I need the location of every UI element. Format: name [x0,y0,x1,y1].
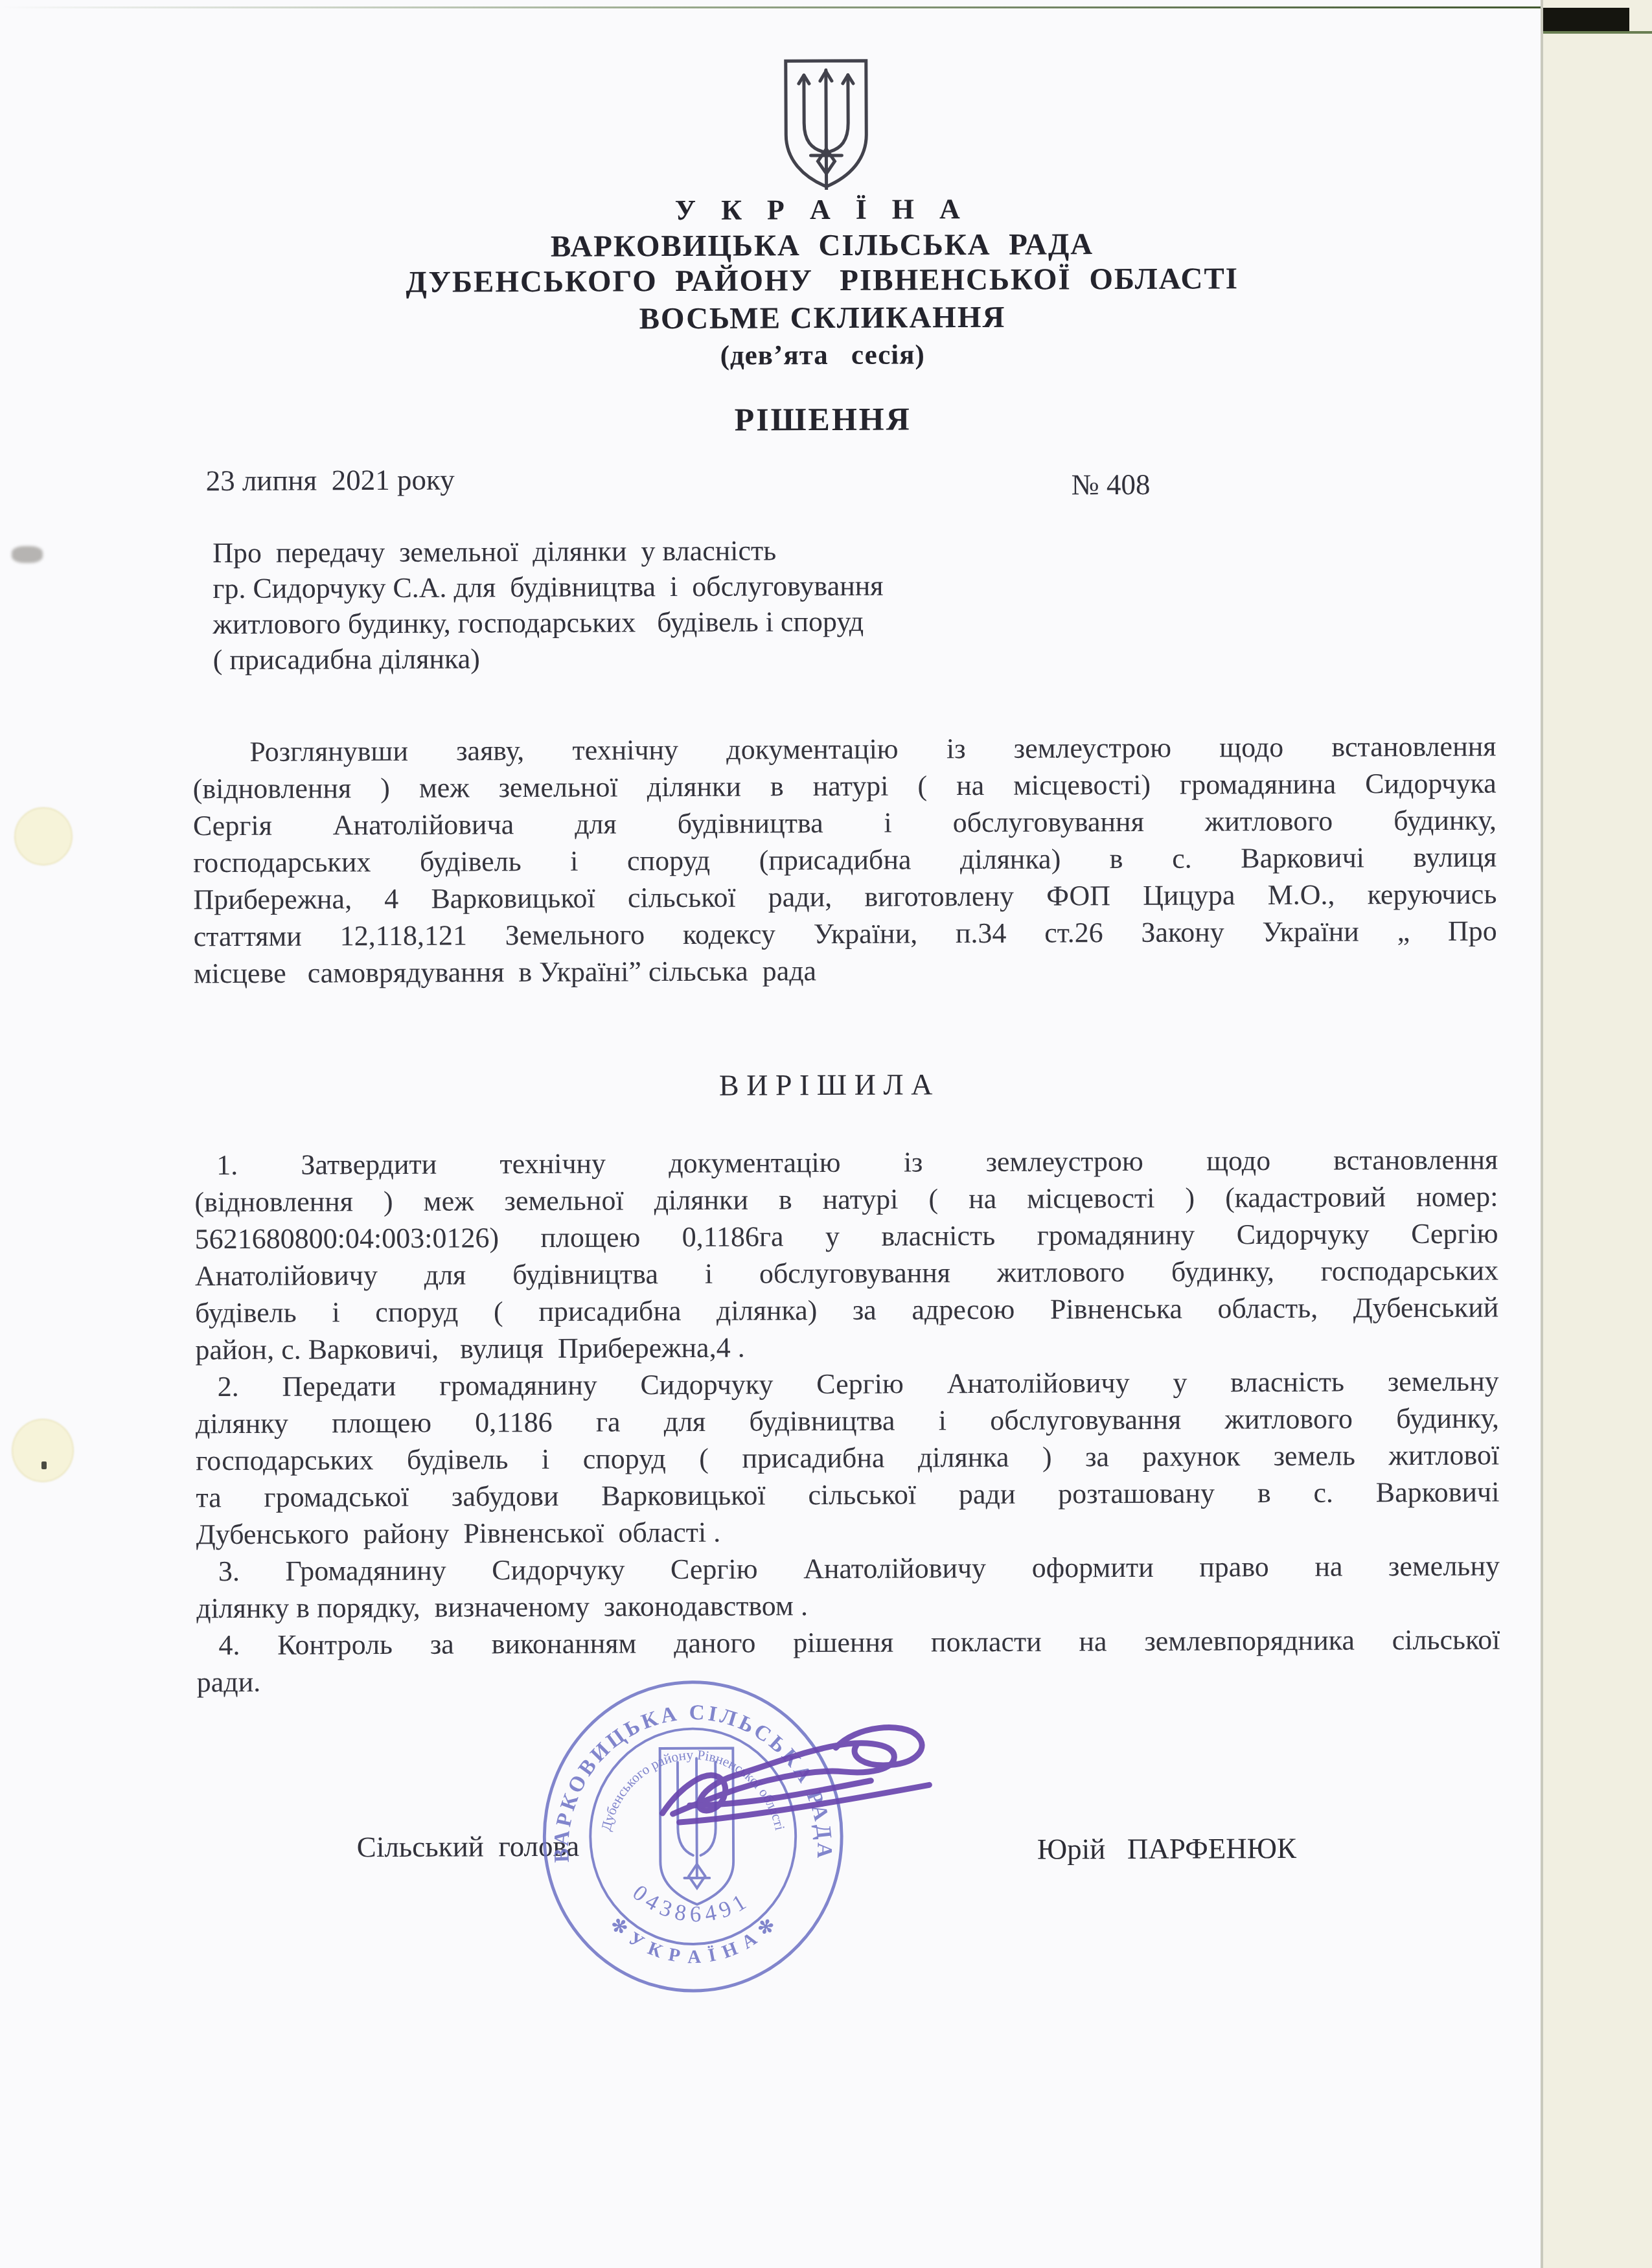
header-district: ДУБЕНСЬКОГО РАЙОНУ РІВНЕНСЬКОЇ ОБЛАСТІ [0,259,1648,301]
item-line: господарських будівель і споруд ( присад… [196,1436,1499,1479]
signature-person-name: Юрій ПАРФЕНЮК [1037,1831,1296,1866]
trident-coat-of-arms-icon [781,57,872,190]
item-line: 3. Громадянину Сидорчуку Сергію Анатолій… [196,1547,1500,1590]
item-line: 1. Затвердити технічну документацію із з… [194,1141,1498,1184]
item-line: 5621680800:04:003:0126) площею 0,1186га … [195,1215,1498,1257]
header-country: У К Р А Ї Н А [0,189,1648,229]
header-convocation: ВОСЬМЕ СКЛИКАННЯ [0,297,1649,339]
subject-line: житлового будинку, господарських будівел… [212,604,883,643]
item-line: Дубенського району Рівненської області . [196,1510,1500,1553]
subject-line: ( присадибна ділянка) [213,639,884,678]
document-content: У К Р А Ї Н А ВАРКОВИЦЬКА СІЛЬСЬКА РАДА … [0,0,1652,2268]
item-line: район, с. Варковичі, вулиця Прибережна,4… [195,1325,1498,1368]
preamble-line: Прибережна, 4 Варковицької сільської рад… [193,875,1497,918]
item-line: (відновлення ) меж земельної ділянки в н… [194,1178,1498,1220]
preamble-line: Сергія Анатолійовича для будівництва і о… [193,801,1497,844]
scanned-document-page: У К Р А Ї Н А ВАРКОВИЦЬКА СІЛЬСЬКА РАДА … [0,0,1652,2268]
emblem-trident-right-prong [830,75,849,152]
preamble-line: господарських будівель і споруд (присади… [193,838,1497,881]
emblem-trident-left-prong [804,75,823,152]
preamble-line: місцеве самоврядування в Україні” сільсь… [194,949,1497,992]
preamble-line: статтями 12,118,121 Земельного кодексу У… [194,912,1497,955]
subject-line: гр. Сидорчуку С.А. для будівництва і обс… [212,568,883,607]
item-line: 2. Передати громадянину Сидорчуку Сергію… [196,1362,1499,1405]
decision-subject: Про передачу земельної ділянки у власніс… [212,533,884,678]
resolution-item-2: 2. Передати громадянину Сидорчуку Сергію… [196,1362,1500,1553]
item-line: Анатолійовичу для будівництва і обслугов… [195,1252,1498,1294]
resolved-heading: В И Р І Ш И Л А [0,1064,1652,1105]
item-line: ділянку площею 0,1186 га для будівництва… [196,1399,1499,1442]
svg-text:04386491: 04386491 [628,1879,755,1927]
decision-number: № 408 [1072,468,1151,502]
item-line: та громадської забудови Варковицької сіл… [196,1473,1499,1516]
resolution-item-1: 1. Затвердити технічну документацію із з… [194,1141,1498,1368]
preamble-paragraph: Розглянувши заяву, технічну документацію… [192,727,1497,992]
handwritten-signature-icon [643,1707,949,1859]
resolution-item-3: 3. Громадянину Сидорчуку Сергію Анатолій… [196,1547,1500,1627]
item-line: будівель і споруд ( присадибна ділянка) … [195,1289,1498,1331]
decision-title: РІШЕННЯ [0,396,1649,441]
item-line: 4. Контроль за виконанням даного рішення… [196,1621,1500,1664]
preamble-line: (відновлення ) меж земельної ділянки в н… [193,764,1497,807]
header-session: (дев’ята сесія) [0,336,1649,374]
decision-date: 23 липня 2021 року [205,463,454,498]
item-line: ділянку в порядку, визначеному законодав… [196,1584,1500,1627]
preamble-line: Розглянувши заяву, технічну документацію… [192,727,1496,770]
stamp-registration-code: 04386491 [628,1879,755,1927]
subject-line: Про передачу земельної ділянки у власніс… [212,533,883,571]
